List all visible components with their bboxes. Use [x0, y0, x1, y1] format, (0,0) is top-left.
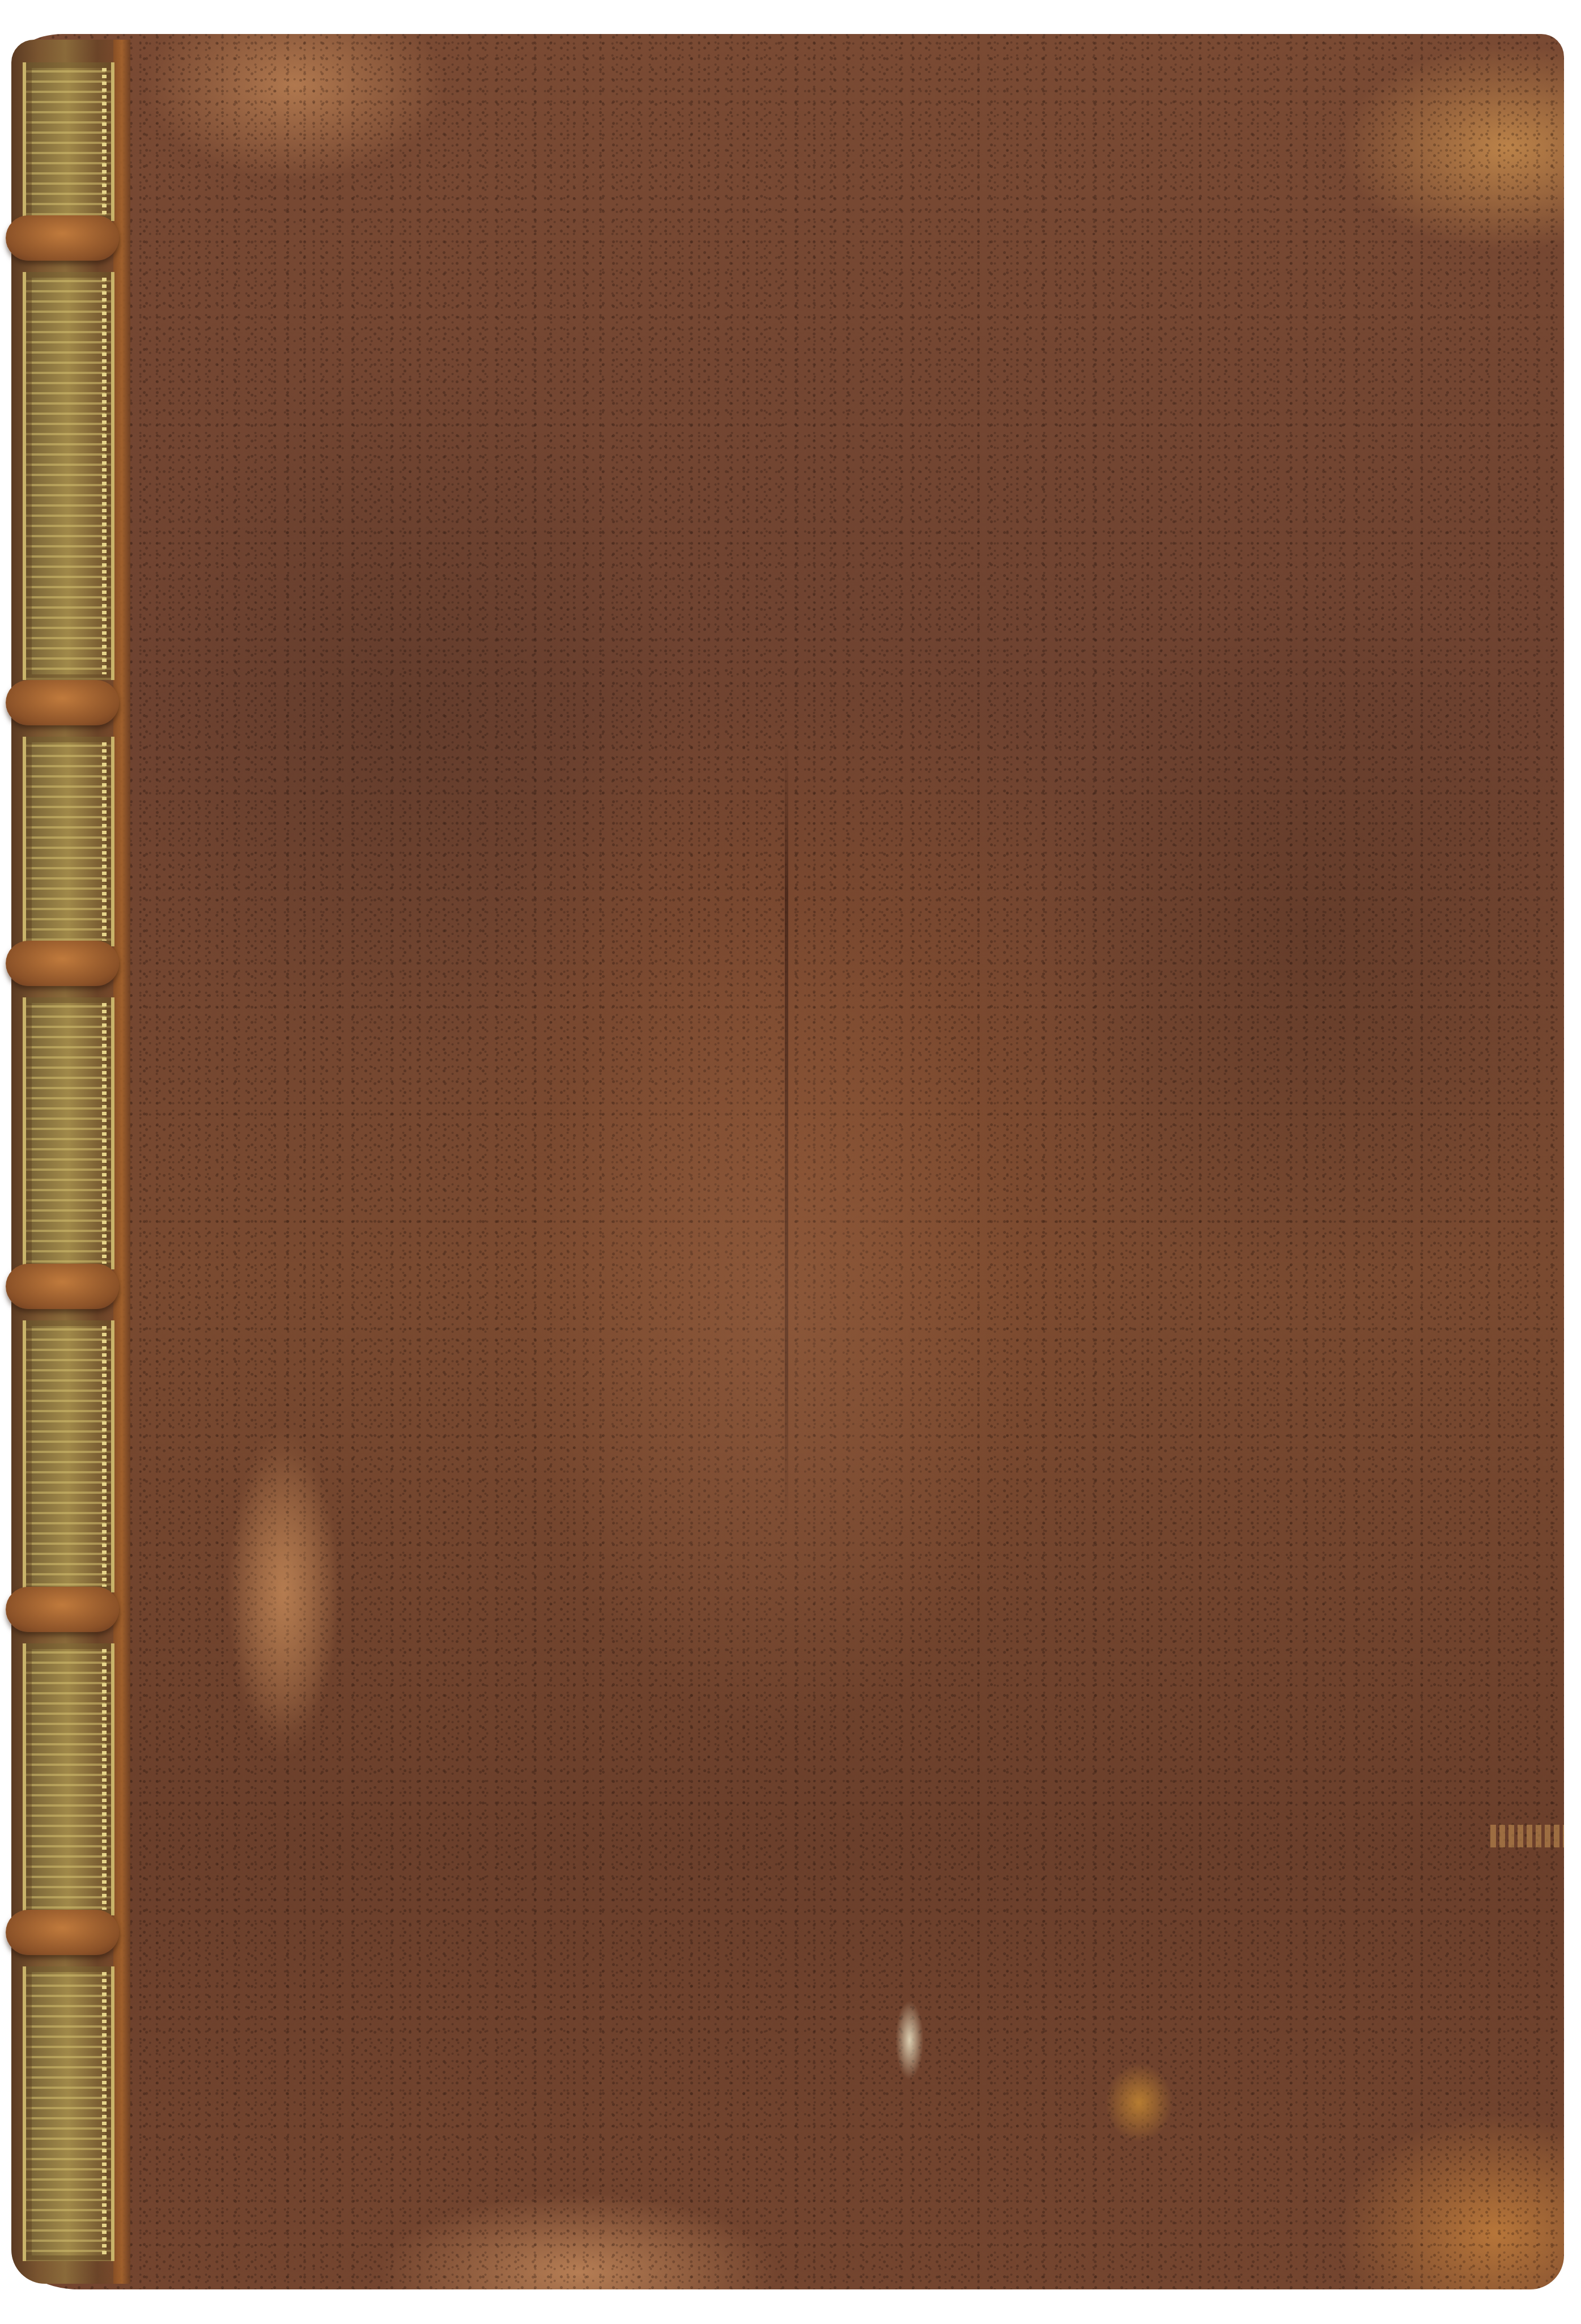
- spine-panel-3: [23, 737, 114, 946]
- spine-panel-6: [23, 1643, 114, 1915]
- spine-panel-4: [23, 997, 114, 1269]
- spine-hinge: [113, 40, 130, 2284]
- raised-band-2: [6, 680, 119, 725]
- ochre-stain: [1105, 2063, 1173, 2142]
- beaded-border: [102, 1003, 107, 1264]
- beaded-border: [102, 1972, 107, 2255]
- raised-band-1: [6, 215, 119, 261]
- raised-band-3: [6, 941, 119, 986]
- beaded-border: [102, 1649, 107, 1910]
- beaded-border: [102, 1326, 107, 1587]
- book-front-cover: [11, 34, 1564, 2289]
- scratch-area-center: [521, 884, 1031, 1734]
- spine-panel-1: [23, 62, 114, 221]
- beaded-border: [102, 68, 107, 215]
- spine-panel-7: [23, 1966, 114, 2261]
- beaded-border: [102, 278, 107, 674]
- spine-panel-5: [23, 1320, 114, 1592]
- raised-band-4: [6, 1264, 119, 1309]
- pale-mark: [895, 2000, 924, 2080]
- raised-band-6: [6, 1910, 119, 1955]
- beaded-border: [102, 742, 107, 941]
- spine-panel-2: [23, 272, 114, 680]
- raised-band-5: [6, 1587, 119, 1632]
- stain-left: [227, 1451, 340, 1734]
- faint-tooling-mark: [1490, 1825, 1564, 1847]
